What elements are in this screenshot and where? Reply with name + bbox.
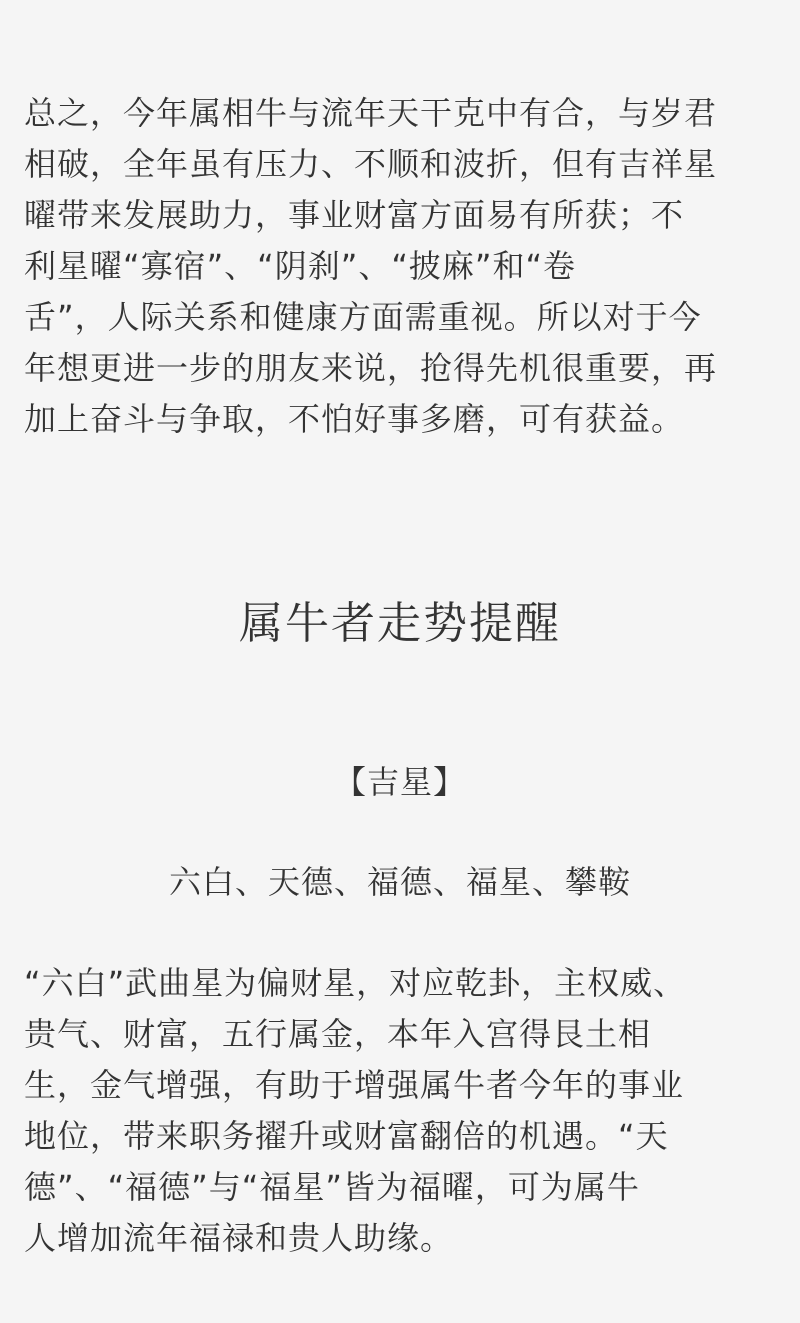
paragraph-line: 年想更进一步的朋友来说，抢得先机很重要，再 bbox=[24, 343, 784, 394]
paragraph-line: “六白”武曲星为偏财星，对应乾卦，主权威、 bbox=[24, 958, 784, 1009]
paragraph-line: 贵气、财富，五行属金，本年入宫得艮土相 bbox=[24, 1009, 784, 1060]
paragraph-line: 地位，带来职务擢升或财富翻倍的机遇。“天 bbox=[24, 1111, 784, 1162]
paragraph-line: 舌”，人际关系和健康方面需重视。所以对于今 bbox=[24, 292, 784, 343]
paragraph-line: 曜带来发展助力，事业财富方面易有所获；不 bbox=[24, 190, 784, 241]
paragraph-line: 加上奋斗与争取，不怕好事多磨，可有获益。 bbox=[24, 394, 784, 445]
paragraph-line: 利星曜“寡宿”、“阴刹”、“披麻”和“卷 bbox=[24, 241, 784, 292]
paragraph-line: 人增加流年福禄和贵人助缘。 bbox=[24, 1213, 784, 1264]
paragraph-line: 生，金气增强，有助于增强属牛者今年的事业 bbox=[24, 1060, 784, 1111]
subsection-title-lucky-stars: 【吉星】 bbox=[0, 758, 800, 806]
lucky-stars-list: 六白、天德、福德、福星、攀鞍 bbox=[0, 858, 800, 906]
paragraph-line: 相破，全年虽有压力、不顺和波折，但有吉祥星 bbox=[24, 139, 784, 190]
lucky-stars-description: “六白”武曲星为偏财星，对应乾卦，主权威、 贵气、财富，五行属金，本年入宫得艮土… bbox=[24, 958, 784, 1264]
summary-paragraph: 总之，今年属相牛与流年天干克中有合，与岁君 相破，全年虽有压力、不顺和波折，但有… bbox=[24, 88, 784, 445]
paragraph-line: 德”、“福德”与“福星”皆为福曜，可为属牛 bbox=[24, 1162, 784, 1213]
paragraph-line: 总之，今年属相牛与流年天干克中有合，与岁君 bbox=[24, 88, 784, 139]
section-title: 属牛者走势提醒 bbox=[0, 594, 800, 654]
